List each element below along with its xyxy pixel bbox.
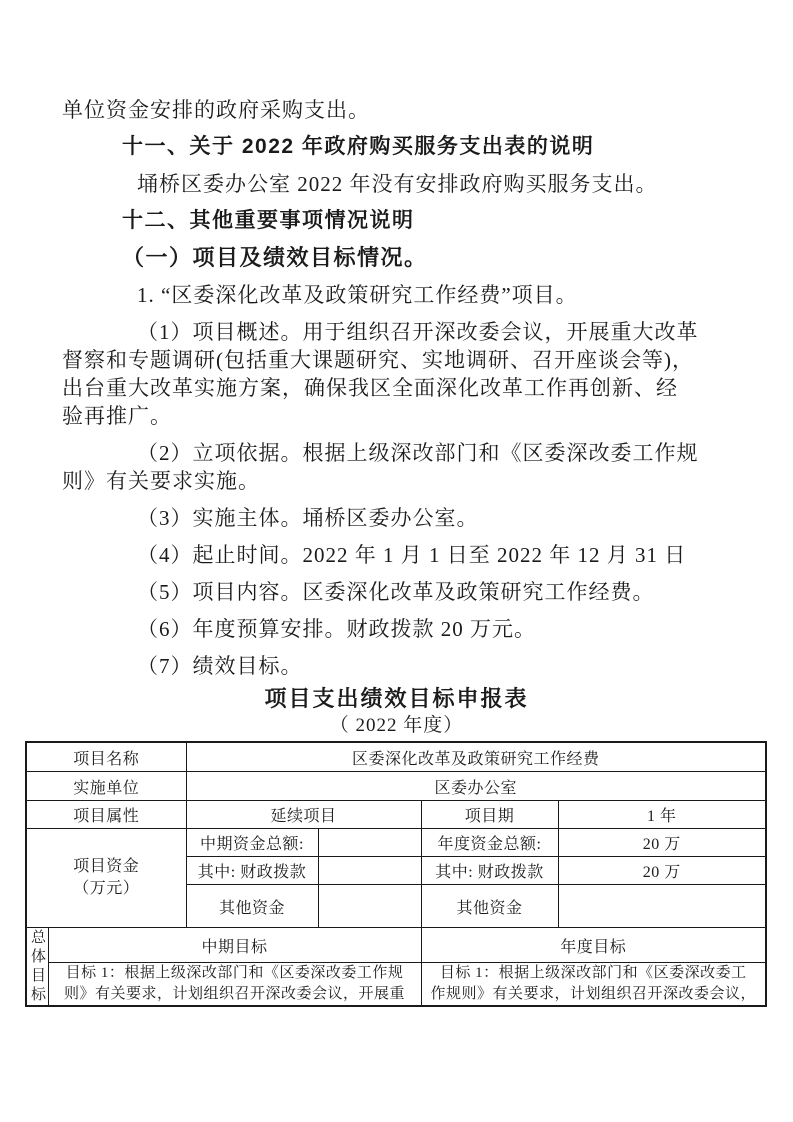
paragraph-continuation: 单位资金安排的政府采购支出。 [62,96,731,124]
table-title: 项目支出绩效目标申报表 [62,684,731,714]
performance-table-wrapper: 项目名称 区委深化改革及政策研究工作经费 实施单位 区委办公室 项目属性 延续项… [25,741,765,1007]
mid-total-value [318,829,421,857]
project-name-value: 区委深化改革及政策研究工作经费 [186,742,766,772]
mid-other-label: 其他资金 [186,885,318,928]
paragraph-implementer: （3）实施主体。埇桥区委办公室。 [62,504,731,532]
row-goal-text: 目标 1：根据上级深改部门和《区委深改委工作规则》有关要求，计划组织召开深改委会… [26,963,766,1007]
project-attribute-label: 项目属性 [26,801,186,829]
year-fiscal-value: 20 万 [558,857,766,885]
mid-fiscal-value [318,857,421,885]
row-mid-total: 项目资金（万元） 中期资金总额: 年度资金总额: 20 万 [26,829,766,857]
row-goal-headers: 总体目标 中期目标 年度目标 [26,928,766,963]
year-goal-header: 年度目标 [421,928,766,963]
year-goal-text: 目标 1：根据上级深改部门和《区委深改委工作规则》有关要求，计划组织召开深改委会… [421,963,766,1007]
mid-fiscal-label: 其中: 财政拨款 [186,857,318,885]
year-total-label: 年度资金总额: [421,829,558,857]
paragraph-basis: （2）立项依据。根据上级深改部门和《区委深改委工作规则》有关要求实施。 [62,439,731,495]
year-other-value [558,885,766,928]
overall-goal-vertical-text: 总体目标 [31,929,46,1005]
year-fiscal-label: 其中: 财政拨款 [421,857,558,885]
project-name-label: 项目名称 [26,742,186,772]
paragraph-project-item: 1. “区委深化改革及政策研究工作经费”项目。 [62,281,731,309]
project-attribute-value: 延续项目 [186,801,421,829]
performance-target-table: 项目名称 区委深化改革及政策研究工作经费 实施单位 区委办公室 项目属性 延续项… [25,741,767,1007]
project-period-value: 1 年 [558,801,766,829]
project-period-label: 项目期 [421,801,558,829]
paragraph-overview: （1）项目概述。用于组织召开深改委会议，开展重大改革督察和专题调研(包括重大课题… [62,318,731,430]
body-text: 单位资金安排的政府采购支出。 十一、关于 2022 年政府购买服务支出表的说明 … [0,0,793,738]
paragraph-content: （5）项目内容。区委深化改革及政策研究工作经费。 [62,578,731,606]
mid-other-value [318,885,421,928]
overall-goal-label: 总体目标 [26,928,48,1007]
heading-section-11: 十一、关于 2022 年政府购买服务支出表的说明 [62,133,731,161]
row-implement-unit: 实施单位 区委办公室 [26,772,766,801]
paragraph-budget: （6）年度预算安排。财政拨款 20 万元。 [62,615,731,643]
mid-goal-header: 中期目标 [48,928,421,963]
paragraph-no-purchase: 埇桥区委办公室 2022 年没有安排政府购买服务支出。 [62,170,731,198]
implement-unit-value: 区委办公室 [186,772,766,801]
row-project-attribute: 项目属性 延续项目 项目期 1 年 [26,801,766,829]
table-subtitle: （ 2022 年度） [62,714,731,738]
year-other-label: 其他资金 [421,885,558,928]
paragraph-duration: （4）起止时间。2022 年 1 月 1 日至 2022 年 12 月 31 日 [62,541,731,569]
paragraph-performance: （7）绩效目标。 [62,652,731,680]
document-page: 单位资金安排的政府采购支出。 十一、关于 2022 年政府购买服务支出表的说明 … [0,0,793,1122]
year-total-value: 20 万 [558,829,766,857]
mid-goal-text: 目标 1：根据上级深改部门和《区委深改委工作规则》有关要求，计划组织召开深改委会… [48,963,421,1007]
mid-total-label: 中期资金总额: [186,829,318,857]
implement-unit-label: 实施单位 [26,772,186,801]
heading-section-12: 十二、其他重要事项情况说明 [62,207,731,235]
row-project-name: 项目名称 区委深化改革及政策研究工作经费 [26,742,766,772]
heading-subsection-1: （一）项目及绩效目标情况。 [62,244,731,272]
project-funds-label: 项目资金（万元） [26,829,186,928]
